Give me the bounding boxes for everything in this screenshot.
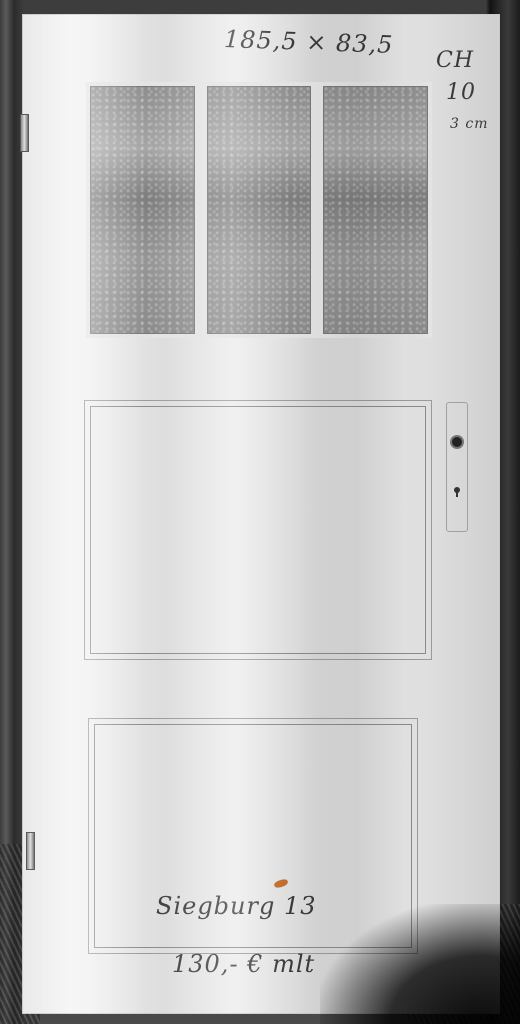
handwritten-location: Siegburg 13 bbox=[156, 892, 317, 920]
glass-pane-left bbox=[90, 86, 195, 334]
hinge-icon-bottom bbox=[26, 832, 35, 870]
cast-shadow bbox=[320, 904, 520, 1024]
door-panel-middle bbox=[84, 400, 432, 660]
glass-window-frame bbox=[86, 82, 432, 338]
glass-pane-right bbox=[323, 86, 428, 334]
keyhole-icon bbox=[454, 487, 460, 497]
handwritten-code-line3: 3 cm bbox=[450, 116, 488, 132]
door: 185,5 × 83,5 CH 10 3 cm Siegburg 13 130,… bbox=[22, 14, 500, 1014]
hinge-icon-top bbox=[20, 114, 29, 152]
handle-hole-icon bbox=[452, 437, 462, 447]
handwritten-price: 130,- € mlt bbox=[172, 950, 315, 978]
glass-pane-center bbox=[207, 86, 312, 334]
handwritten-dimensions: 185,5 × 83,5 bbox=[224, 25, 394, 59]
lock-escutcheon-plate bbox=[446, 402, 468, 532]
handwritten-code-line1: CH bbox=[436, 48, 474, 73]
handwritten-code-line2: 10 bbox=[446, 80, 476, 105]
